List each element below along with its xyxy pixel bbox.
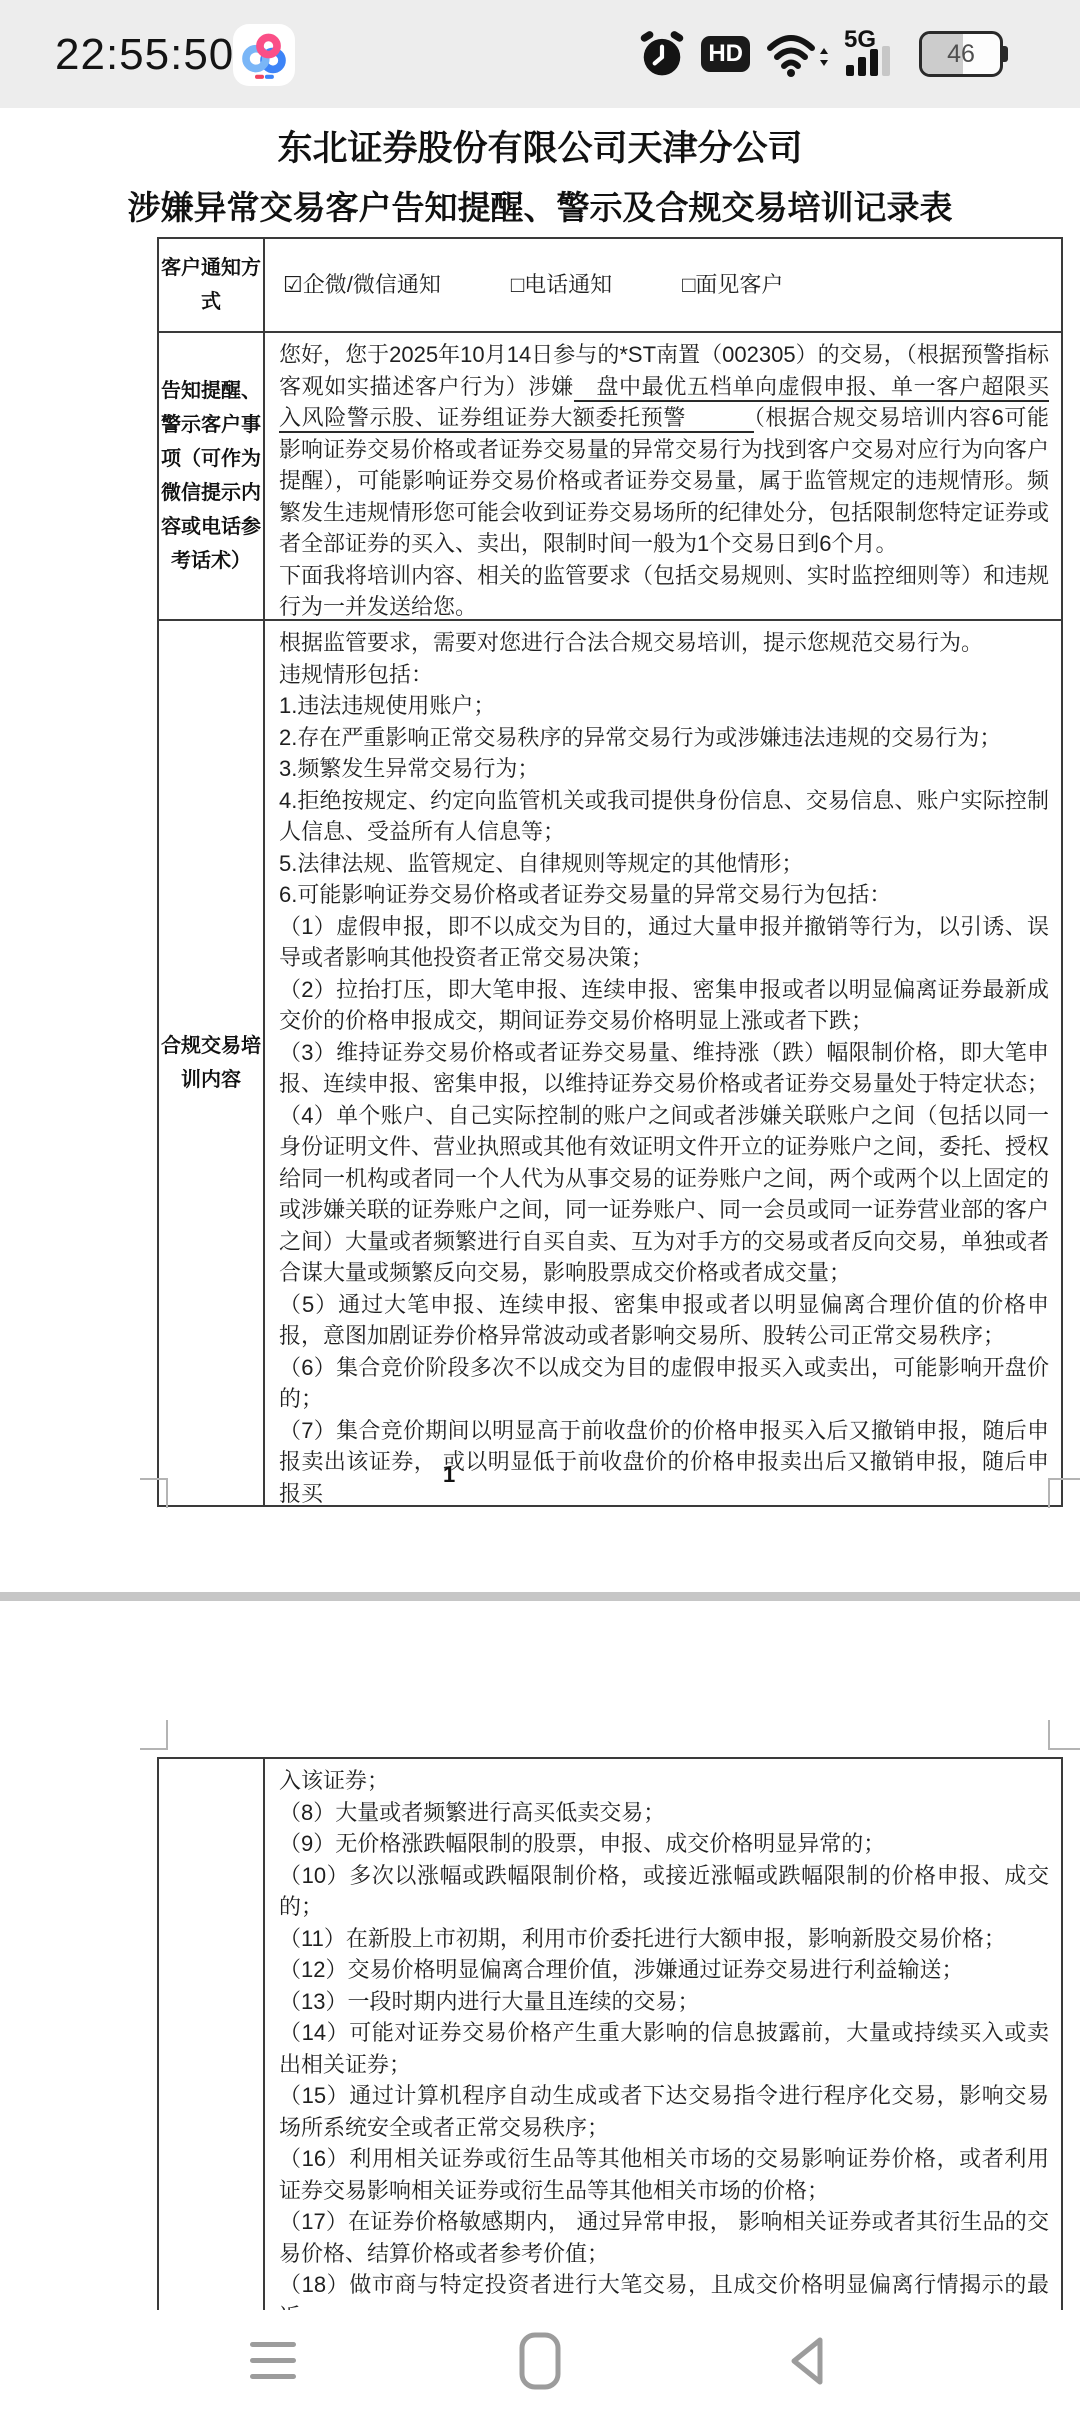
checkbox-phone-notify: □电话通知 [511,269,612,301]
doc-line: （10）多次以涨幅或跌幅限制价格，或接近涨幅或跌幅限制的价格申报、成交的； [279,1860,1049,1923]
back-triangle-icon [784,2334,830,2388]
row-label-empty [159,1759,265,2310]
status-bar: 22:55:50 HD [0,0,1080,108]
page-number: 1 [443,1462,455,1488]
notice-closing: 下面我将培训内容、相关的监管要求（包括交易规则、实时监控细则等）和违规行为一并发… [279,560,1049,623]
checkbox-inperson-notify: □面见客户 [682,269,783,301]
doc-line: 2.存在严重影响正常交易秩序的异常交易行为或涉嫌违法违规的交易行为； [279,722,1049,754]
doc-line: （13）一段时期内进行大量且连续的交易； [279,1986,1049,2018]
doc-line: 违规情形包括： [279,659,1049,691]
row-label-notify-method: 客户通知方式 [159,239,265,331]
page-margin-mark [166,1478,168,1508]
page-margin-mark [1048,1720,1050,1750]
clock-time: 22:55:50 [55,30,234,80]
navigation-bar [0,2310,1080,2412]
doc-line: 1.违法违规使用账户； [279,690,1049,722]
doc-line: 4.拒绝按规定、约定向监管机关或我司提供身份信息、交易信息、账户实际控制人信息、… [279,785,1049,848]
doc-line: 根据监管要求，需要对您进行合法合规交易培训，提示您规范交易行为。 [279,627,1049,659]
record-table-page2: 入该证券；（8）大量或者频繁进行高买低卖交易；（9）无价格涨跌幅限制的股票，申报… [157,1757,1063,2310]
signal-5g-icon: 5G [844,30,904,78]
upload-arrow-icon [820,48,828,54]
doc-line: （11）在新股上市初期，利用市价委托进行大额申报，影响新股交易价格； [279,1923,1049,1955]
doc-line: （9）无价格涨跌幅限制的股票，申报、成交价格明显异常的； [279,1828,1049,1860]
row-label-warning-notice: 告知提醒、警示客户事项（可作为微信提示内容或电话参考话术） [159,333,265,619]
battery-icon: 46 [919,31,1008,77]
table-row-training-content: 合规交易培训内容 根据监管要求，需要对您进行合法合规交易培训，提示您规范交易行为… [159,619,1061,1505]
doc-line: （3）维持证券交易价格或者证券交易量、维持涨（跌）幅限制价格，即大笔申报、连续申… [279,1037,1049,1100]
page-separator [0,1592,1080,1601]
checkbox-wechat-notify: ☑企微/微信通知 [283,269,441,301]
rounded-square-icon [518,2331,562,2391]
doc-line: （14）可能对证券交易价格产生重大影响的信息披露前，大量或持续买入或卖出相关证券… [279,2017,1049,2080]
warning-notice-text: 您好，您于2025年10月14日参与的*ST南置（002305）的交易，（根据预… [265,333,1061,619]
doc-line: 5.法律法规、监管规定、自律规则等规定的其他情形； [279,848,1049,880]
table-row-warning-notice: 告知提醒、警示客户事项（可作为微信提示内容或电话参考话术） 您好，您于2025年… [159,331,1061,619]
wifi-icon [765,30,829,78]
phone-screen: 22:55:50 HD [0,0,1080,2412]
table-row-training-content-cont: 入该证券；（8）大量或者频繁进行高买低卖交易；（9）无价格涨跌幅限制的股票，申报… [159,1759,1061,2310]
doc-line: （12）交易价格明显偏离合理价值，涉嫌通过证券交易进行利益输送； [279,1954,1049,1986]
home-button[interactable] [480,2310,600,2412]
doc-line: （17）在证券价格敏感期内， 通过异常申报， 影响相关证券或者其衍生品的交易价格… [279,2206,1049,2269]
doc-line: （8）大量或者频繁进行高买低卖交易； [279,1797,1049,1829]
page-margin-mark [1048,1478,1080,1480]
signal-bars [846,46,890,76]
document-subtitle: 涉嫌异常交易客户告知提醒、警示及合规交易培训记录表 [0,182,1080,229]
page-margin-mark [140,1478,168,1480]
doc-line: 6.可能影响证券交易价格或者证券交易量的异常交易行为包括： [279,879,1049,911]
doc-line: （2）拉抬打压，即大笔申报、连续申报、密集申报或者以明显偏离证券最新成交价的价格… [279,974,1049,1037]
doc-line: 入该证券； [279,1765,1049,1797]
notify-method-options: ☑企微/微信通知 □电话通知 □面见客户 [265,239,1061,331]
menu-lines-icon [249,2340,297,2382]
page-margin-mark [1048,1748,1080,1750]
battery-percent: 46 [947,40,975,69]
table-row-notify-method: 客户通知方式 ☑企微/微信通知 □电话通知 □面见客户 [159,239,1061,331]
status-icons: HD 5G 46 [638,0,1008,108]
document-title: 东北证券股份有限公司天津分公司 [0,121,1080,171]
page-margin-mark [140,1748,168,1750]
cloud-drive-app-icon [233,24,295,86]
back-button[interactable] [747,2310,867,2412]
record-table-page1: 客户通知方式 ☑企微/微信通知 □电话通知 □面见客户 告知提醒、警示客户事项（… [157,237,1063,1507]
alarm-clock-icon [638,30,686,78]
doc-line: （5）通过大笔申报、连续申报、密集申报或者以明显偏离合理价值的价格申报，意图加剧… [279,1289,1049,1352]
doc-line: （7）集合竞价期间以明显高于前收盘价的价格申报买入后又撤销申报，随后申报卖出该证… [279,1415,1049,1510]
cloud-drive-logo [237,28,291,82]
doc-line: （4）单个账户、自己实际控制的账户之间或者涉嫌关联账户之间（包括以同一身份证明文… [279,1100,1049,1289]
doc-line: （15）通过计算机程序自动生成或者下达交易指令进行程序化交易，影响交易场所系统安… [279,2080,1049,2143]
row-label-training-content: 合规交易培训内容 [159,621,265,1505]
download-arrow-icon [820,60,828,66]
doc-line: 3.频繁发生异常交易行为； [279,753,1049,785]
hd-icon: HD [701,36,750,72]
page-margin-mark [166,1720,168,1750]
recent-apps-button[interactable] [213,2310,333,2412]
training-content-continued: 入该证券；（8）大量或者频繁进行高买低卖交易；（9）无价格涨跌幅限制的股票，申报… [265,1759,1061,2310]
training-content-text: 根据监管要求，需要对您进行合法合规交易培训，提示您规范交易行为。违规情形包括：1… [265,621,1061,1505]
doc-line: （18）做市商与特定投资者进行大笔交易，且成交价格明显偏离行情揭示的最近 [279,2269,1049,2310]
battery-nub [1003,46,1008,62]
page-margin-mark [1048,1478,1050,1508]
doc-line: （1）虚假申报，即不以成交为目的，通过大量申报并撤销等行为，以引诱、误导或者影响… [279,911,1049,974]
doc-line: （6）集合竞价阶段多次不以成交为目的虚假申报买入或卖出，可能影响开盘价的； [279,1352,1049,1415]
doc-line: （16）利用相关证券或衍生品等其他相关市场的交易影响证券价格，或者利用证券交易影… [279,2143,1049,2206]
